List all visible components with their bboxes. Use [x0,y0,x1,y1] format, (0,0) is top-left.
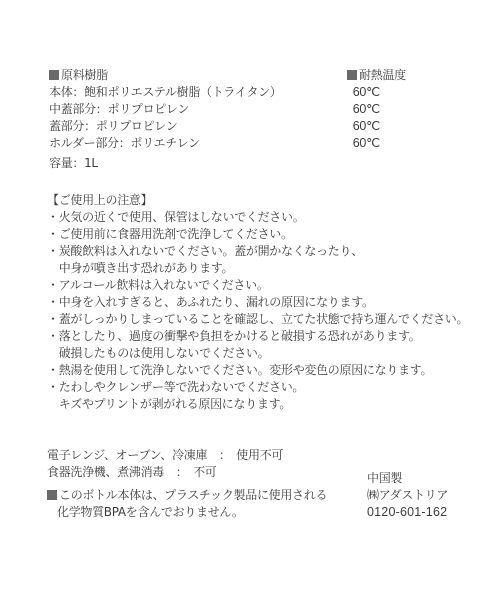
materials-section: 原料樹脂 本体：飽和ポリエステル樹脂（トライタン） 中蓋部分：ポリプロピレン 蓋… [49,67,282,152]
caution-line: ・蓋がしっかりしまっていることを確認し、立てた状態で持ち運んでください。 [47,311,468,328]
caution-line: ・熱湯を使用して洗浄しないでください。変形や変色の原因になります。 [47,362,468,379]
bpa-note-line2: 化学物質BPAを含んでおりません。 [47,504,327,521]
usage-section: 電子レンジ、オーブン、冷凍庫 ： 使用不可 食器洗浄機、煮沸消毒 ： 不可 この… [47,447,327,521]
heat-value-lid: 60℃ [347,118,406,135]
caution-line: ・炭酸飲料は入れないでください。蓋が開かなくなったり、 [47,243,468,260]
heat-value-holder: 60℃ [347,135,406,152]
caution-line: ・たわしやクレンザー等で洗わないでください。 [47,379,468,396]
square-bullet-icon [347,70,357,80]
caution-line: キズやプリントが剥がれる原因になります。 [47,396,468,413]
caution-line: ・火気の近くで使用、保管はしないでください。 [47,209,468,226]
caution-line: ・落としたり、過度の衝撃や負担をかけると破損する恐れがあります。 [47,328,468,345]
microwave-note: 電子レンジ、オーブン、冷凍庫 ： 使用不可 [47,447,327,464]
material-body: 本体：飽和ポリエステル樹脂（トライタン） [49,84,282,101]
heat-resistance-heading: 耐熱温度 [347,67,406,84]
heat-value-body: 60℃ [347,84,406,101]
material-lid: 蓋部分：ポリプロピレン [49,118,282,135]
heat-resistance-section: 耐熱温度 60℃ 60℃ 60℃ 60℃ [347,67,406,152]
capacity-label: 容量：1L [49,155,98,172]
square-bullet-icon [49,70,59,80]
cautions-heading: 【ご使用上の注意】 [47,192,468,209]
caution-line: 破損したものは使用しないでください。 [47,345,468,362]
caution-line: ・ご使用前に食器用洗剤で洗浄してください。 [47,226,468,243]
caution-line: ・中身を入れすぎると、あふれたり、漏れの原因になります。 [47,294,468,311]
caution-line: ・アルコール飲料は入れないでください。 [47,277,468,294]
bpa-note-line1: このボトル本体は、プラスチック製品に使用される [47,487,327,504]
material-inner-lid: 中蓋部分：ポリプロピレン [49,101,282,118]
company-name: ㈱アダストリア [367,487,448,504]
caution-line: 中身が噴き出す恐れがあります。 [47,260,468,277]
cautions-section: 【ご使用上の注意】 ・火気の近くで使用、保管はしないでください。 ・ご使用前に食… [47,192,468,413]
materials-heading: 原料樹脂 [49,67,282,84]
dishwasher-note: 食器洗浄機、煮沸消毒 ： 不可 [47,464,327,481]
maker-section: 中国製 ㈱アダストリア 0120-601-162 [367,470,448,521]
material-holder: ホルダー部分：ポリエチレン [49,135,282,152]
phone-number: 0120-601-162 [367,504,448,521]
country-of-origin: 中国製 [367,470,448,487]
square-bullet-icon [47,490,57,500]
heat-value-inner-lid: 60℃ [347,101,406,118]
